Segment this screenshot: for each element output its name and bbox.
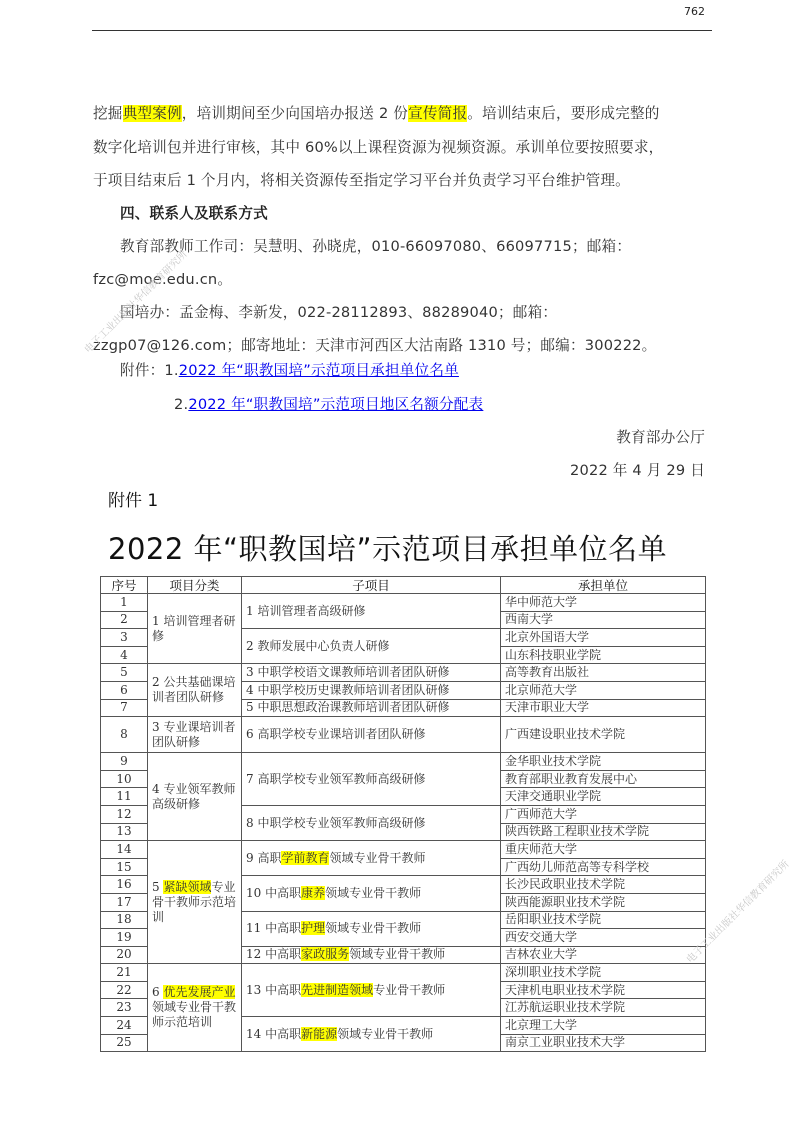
attachments-label: 附件： (120, 362, 164, 379)
highlighted-text: 宣传简报 (408, 105, 467, 122)
table-row: 9 4 专业领军教师高级研修 7 高职学校专业领军教师高级研修 金华职业技术学院 (101, 753, 706, 771)
row-no: 25 (101, 1034, 148, 1052)
category-cell: 2 公共基础课培训者团队研修 (148, 664, 242, 717)
unit-cell: 华中师范大学 (501, 594, 706, 612)
unit-cell: 深圳职业技术学院 (501, 964, 706, 982)
row-no: 17 (101, 893, 148, 911)
header-no: 序号 (101, 577, 148, 594)
row-no: 16 (101, 876, 148, 894)
text-segment: 9 高职 (246, 851, 281, 865)
paragraph-line: 挖掘典型案例，培训期间至少向国培办报送 2 份宣传简报。培训结束后，要形成完整的 (93, 104, 660, 124)
text-segment: 领域专业骨干教师 (325, 921, 421, 935)
table-row: 8 3 专业课培训者团队研修 6 高职学校专业课培训者团队研修 广西建设职业技术… (101, 717, 706, 753)
subitem-cell: 14 中高职新能源领域专业骨干教师 (242, 1017, 501, 1052)
attachment-line-2: 2.2022 年“职教国培”示范项目地区名额分配表 (174, 395, 483, 415)
contact-line: 国培办：孟金梅、李新发，022-28112893、88289040；邮箱： (120, 303, 557, 323)
text-segment: 专业骨干教师 (373, 983, 445, 997)
row-no: 23 (101, 999, 148, 1017)
table-header-row: 序号 项目分类 子项目 承担单位 (101, 577, 706, 594)
category-cell: 4 专业领军教师高级研修 (148, 753, 242, 841)
row-no: 6 (101, 681, 148, 699)
subitem-cell: 8 中职学校专业领军教师高级研修 (242, 805, 501, 840)
row-no: 19 (101, 929, 148, 947)
row-no: 2 (101, 611, 148, 629)
page-number: 762 (684, 5, 705, 18)
highlighted-text: 学前教育 (281, 851, 329, 865)
unit-cell: 西安交通大学 (501, 929, 706, 947)
subitem-cell: 4 中职学校历史课教师培训者团队研修 (242, 681, 501, 699)
row-no: 12 (101, 805, 148, 823)
highlighted-text: 优先发展产业 (163, 985, 235, 999)
subitem-cell: 6 高职学校专业课培训者团队研修 (242, 717, 501, 753)
paragraph-line: 于项目结束后 1 个月内，将相关资源传至指定学习平台并负责学习平台维护管理。 (93, 171, 630, 191)
header-rule (92, 30, 712, 31)
category-cell: 6 优先发展产业领域专业骨干教师示范培训 (148, 964, 242, 1052)
attachment-line-1: 附件：1.2022 年“职教国培”示范项目承担单位名单 (120, 361, 459, 381)
subitem-cell: 9 高职学前教育领域专业骨干教师 (242, 841, 501, 876)
unit-cell: 北京师范大学 (501, 681, 706, 699)
text-segment: 13 中高职 (246, 983, 301, 997)
header-category: 项目分类 (148, 577, 242, 594)
row-no: 3 (101, 629, 148, 647)
text-segment: 挖掘 (93, 105, 123, 122)
unit-cell: 西南大学 (501, 611, 706, 629)
row-no: 1 (101, 594, 148, 612)
row-no: 5 (101, 664, 148, 682)
unit-cell: 北京外国语大学 (501, 629, 706, 647)
unit-cell: 吉林农业大学 (501, 946, 706, 964)
category-cell: 3 专业课培训者团队研修 (148, 717, 242, 753)
row-no: 21 (101, 964, 148, 982)
text-segment: 11 中高职 (246, 921, 301, 935)
contact-line: 教育部教师工作司：吴慧明、孙晓虎，010-66097080、66097715；邮… (120, 237, 631, 257)
highlighted-text: 先进制造领域 (301, 983, 373, 997)
row-no: 18 (101, 911, 148, 929)
unit-cell: 广西建设职业技术学院 (501, 717, 706, 753)
subitem-cell: 5 中职思想政治课教师培训者团队研修 (242, 699, 501, 717)
text-segment: 12 中高职 (246, 947, 301, 961)
row-no: 11 (101, 788, 148, 806)
subitem-cell: 2 教师发展中心负责人研修 (242, 629, 501, 664)
text-segment: ，培训期间至少向国培办报送 2 份 (182, 105, 408, 122)
contact-address: zzgp07@126.com；邮寄地址：天津市河西区大沽南路 1310 号；邮编… (93, 336, 656, 356)
unit-cell: 高等教育出版社 (501, 664, 706, 682)
unit-cell: 重庆师范大学 (501, 841, 706, 859)
text-segment: 领域专业骨干教师 (337, 1027, 433, 1041)
header-unit: 承担单位 (501, 577, 706, 594)
highlighted-text: 新能源 (301, 1027, 337, 1041)
table-row: 5 2 公共基础课培训者团队研修 3 中职学校语文课教师培训者团队研修 高等教育… (101, 664, 706, 682)
row-no: 22 (101, 981, 148, 999)
row-no: 14 (101, 841, 148, 859)
table-row: 21 6 优先发展产业领域专业骨干教师示范培训 13 中高职先进制造领域专业骨干… (101, 964, 706, 982)
text-segment: 领域专业骨干教师 (325, 886, 421, 900)
text-segment: 领域专业骨干教师 (349, 947, 445, 961)
subitem-cell: 7 高职学校专业领军教师高级研修 (242, 753, 501, 806)
unit-cell: 天津交通职业学院 (501, 788, 706, 806)
annex-title: 2022 年“职教国培”示范项目承担单位名单 (108, 527, 667, 568)
text-segment: 领域专业骨干教师示范培训 (152, 1000, 236, 1029)
unit-cell: 山东科技职业学院 (501, 646, 706, 664)
paragraph-line: 数字化培训包并进行审核，其中 60%以上课程资源为视频资源。承训单位要按照要求， (93, 138, 663, 158)
highlighted-text: 护理 (301, 921, 325, 935)
text-segment: 。培训结束后，要形成完整的 (467, 105, 659, 122)
units-table: 序号 项目分类 子项目 承担单位 1 1 培训管理者研修 1 培训管理者高级研修… (100, 576, 706, 1052)
signature-date: 2022 年 4 月 29 日 (570, 461, 705, 481)
attachment-prefix: 2. (174, 396, 188, 413)
section-heading: 四、联系人及联系方式 (120, 204, 268, 224)
row-no: 13 (101, 823, 148, 841)
unit-cell: 陕西能源职业技术学院 (501, 893, 706, 911)
text-segment: 5 (152, 880, 163, 894)
text-segment: 14 中高职 (246, 1027, 301, 1041)
unit-cell: 北京理工大学 (501, 1017, 706, 1035)
header-subitem: 子项目 (242, 577, 501, 594)
unit-cell: 天津市职业大学 (501, 699, 706, 717)
subitem-cell: 1 培训管理者高级研修 (242, 594, 501, 629)
unit-cell: 金华职业技术学院 (501, 753, 706, 771)
unit-cell: 广西幼儿师范高等专科学校 (501, 858, 706, 876)
table-row: 1 1 培训管理者研修 1 培训管理者高级研修 华中师范大学 (101, 594, 706, 612)
highlighted-text: 康养 (301, 886, 325, 900)
signature-org: 教育部办公厅 (616, 428, 705, 448)
unit-cell: 江苏航运职业技术学院 (501, 999, 706, 1017)
subitem-cell: 12 中高职家政服务领域专业骨干教师 (242, 946, 501, 964)
row-no: 9 (101, 753, 148, 771)
attachment-link-1[interactable]: 2022 年“职教国培”示范项目承担单位名单 (179, 362, 459, 379)
highlighted-text: 典型案例 (123, 105, 182, 122)
unit-cell: 岳阳职业技术学院 (501, 911, 706, 929)
subitem-cell: 3 中职学校语文课教师培训者团队研修 (242, 664, 501, 682)
highlighted-text: 紧缺领域 (163, 880, 211, 894)
text-segment: 10 中高职 (246, 886, 301, 900)
unit-cell: 广西师范大学 (501, 805, 706, 823)
attachment-prefix: 1. (164, 362, 178, 379)
category-cell: 5 紧缺领域专业骨干教师示范培训 (148, 841, 242, 964)
row-no: 4 (101, 646, 148, 664)
highlighted-text: 家政服务 (301, 947, 349, 961)
unit-cell: 教育部职业教育发展中心 (501, 770, 706, 788)
row-no: 8 (101, 717, 148, 753)
unit-cell: 南京工业职业技术大学 (501, 1034, 706, 1052)
category-cell: 1 培训管理者研修 (148, 594, 242, 664)
row-no: 10 (101, 770, 148, 788)
row-no: 15 (101, 858, 148, 876)
unit-cell: 陕西铁路工程职业技术学院 (501, 823, 706, 841)
text-segment: 6 (152, 985, 163, 999)
unit-cell: 天津机电职业技术学院 (501, 981, 706, 999)
row-no: 20 (101, 946, 148, 964)
unit-cell: 长沙民政职业技术学院 (501, 876, 706, 894)
row-no: 24 (101, 1017, 148, 1035)
row-no: 7 (101, 699, 148, 717)
text-segment: 领域专业骨干教师 (329, 851, 425, 865)
subitem-cell: 11 中高职护理领域专业骨干教师 (242, 911, 501, 946)
table-row: 14 5 紧缺领域专业骨干教师示范培训 9 高职学前教育领域专业骨干教师 重庆师… (101, 841, 706, 859)
attachment-link-2[interactable]: 2022 年“职教国培”示范项目地区名额分配表 (188, 396, 483, 413)
subitem-cell: 13 中高职先进制造领域专业骨干教师 (242, 964, 501, 1017)
subitem-cell: 10 中高职康养领域专业骨干教师 (242, 876, 501, 911)
annex-label: 附件 1 (108, 486, 158, 511)
